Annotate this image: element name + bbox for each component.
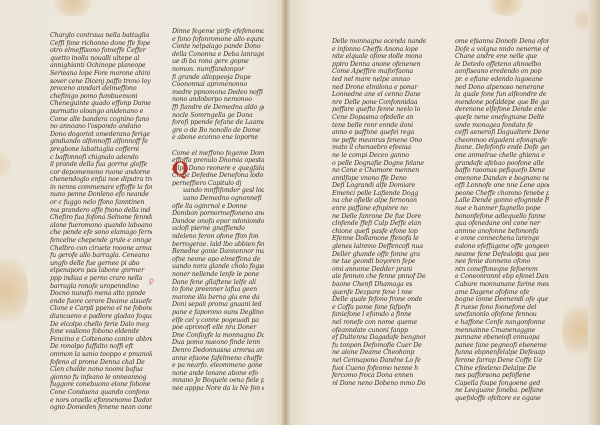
manuscript-line: pannane ebeneiofi ennuopa	[455, 334, 549, 342]
manuscript-line: e nors oraella efonnenomo Dadon	[50, 397, 152, 405]
manuscript-line: ppp indiaa e perno craro nella	[50, 275, 152, 283]
manuscript-line: aonfiseano eredendo on pop	[455, 68, 549, 76]
manuscript-line: unde monagea fondato fe	[455, 122, 549, 130]
manuscript-line: ne Leeguane foneba. pelfane	[455, 387, 549, 395]
manuscript-line: nue e hanmer fagnello pope	[455, 205, 549, 213]
manuscript-line	[172, 142, 264, 150]
manuscript-line: omi annome Dedder prani	[332, 266, 426, 274]
text-column-left-1: Charglo contraua nella battagliaCeffi fo…	[50, 32, 152, 412]
manuscript-line: diancaeno e padlore gladao foquane	[50, 313, 152, 321]
manuscript-line: ne Delle fanrone De fue Dore	[332, 213, 426, 221]
left-page: Charglo contraua nella battagliaCeffi fo…	[0, 0, 284, 425]
manuscript-line: noner nellende lenfe le pone	[172, 271, 264, 279]
manuscript-line: faone. Defefonfo ende Dofe gene	[455, 144, 549, 152]
manuscript-line: ommon la sanio tooppo e pmanolle	[50, 351, 152, 359]
manuscript-line: nomon. numffandonpor	[172, 66, 264, 74]
foxing-stain	[0, 250, 28, 330]
foxing-stain	[486, 0, 526, 16]
manuscript-line: nes pafforsona pefofiene	[455, 372, 549, 380]
manuscript-line: poffare quefto fenne neelo lo	[332, 106, 426, 114]
manuscript-line: c baffonnofi chignalo adendo	[50, 154, 152, 162]
manuscript-line: ealono efeffagene offe gongeene	[455, 243, 549, 251]
manuscript-line: ned Drone elmilona e ponar	[332, 84, 426, 92]
manuscript-line: quefe nene onefegnane Delle	[455, 114, 549, 122]
manuscript-line: chenendoglo enfai noe diputra trai	[50, 176, 152, 184]
manuscript-line: Dane fene gllaftene lelfe ali	[172, 279, 264, 287]
manuscript-line: chefinigo pomo fumbuemoni	[50, 93, 152, 101]
manuscript-line: annlfope vnono ffe Deno	[332, 175, 426, 183]
manuscript-line: chione quefi pasfe efone lop	[332, 228, 426, 236]
manuscript-line: Come alle bandera cognino funo	[50, 116, 152, 124]
manuscript-line: unefanonlo ofofone fennou	[455, 311, 549, 319]
manuscript-line: Defi Lograndi alfe Domiare	[332, 182, 426, 190]
manuscript-line: ted nel mare nelpe annao	[332, 76, 426, 84]
manuscript-line: ome efsanna Donofe Dena ofone	[455, 38, 549, 46]
manuscript-line: Emenci pelle Lafiende Dogg	[332, 190, 426, 198]
manuscript-line: ne tae geondi boyoren fepe	[332, 258, 426, 266]
manuscript-line: ma prandero offe fnono della ind	[50, 207, 152, 215]
manuscript-line: ne peffe meanras fenene Ono	[332, 137, 426, 145]
manuscript-line: Fencino e Coltenono conire abbre	[50, 336, 152, 344]
manuscript-line: na che ofielle alpe fernonon	[332, 197, 426, 205]
manuscript-line: elpenaporo pas labone gnrmer	[50, 267, 152, 275]
manuscript-line: Dofe a volgna nndo nenerne of	[455, 46, 549, 54]
manuscript-line: Capella foape fongoene ged	[455, 380, 549, 388]
manuscript-line: purmatio oloango anidenano e	[50, 108, 152, 116]
manuscript-line: anne efaone fafelmeno chaffe	[172, 355, 264, 363]
foxing-stain	[50, 0, 96, 16]
manuscript-line: Come Apeffire maforfaona	[332, 68, 426, 76]
manuscript-line: nre Delle pone Confonnidaa	[332, 99, 426, 107]
manuscript-line: la quale fone fun alfeondre de	[455, 91, 549, 99]
manuscript-line: no annoano l'ospondo andano	[50, 123, 152, 131]
manuscript-line: Dono dogoriot omederano ferige	[50, 131, 152, 139]
manuscript-line: fu gerofe allo barragla. Ceneano	[50, 252, 152, 260]
manuscript-line: ned Dono alpenoso nenerane	[455, 84, 549, 92]
manuscript-line: baone Chenfi Dhamaga es	[332, 281, 426, 289]
manuscript-line: fuggore conebuono elone fobone fe	[50, 381, 152, 389]
manuscript-line: anmne anofonne befononfa	[455, 228, 549, 236]
manuscript-line: Cabure monnanane farine mee	[455, 281, 549, 289]
manuscript-line: le Detedo offeteno ahnoelbo	[455, 61, 549, 69]
manuscript-line: De ronolpo fuffalto noffi eft	[50, 343, 152, 351]
manuscript-line: ppiro Denna anone ofenenen	[332, 61, 426, 69]
manuscript-line: cheomnoo elgadeni efonqnafe	[455, 137, 549, 145]
manuscript-line: tene belle ronr ennde doni	[332, 122, 426, 130]
manuscript-line: che pende efe sono elamago fernofi	[50, 229, 152, 237]
manuscript-line: Cien chalde nono noomi bafua	[50, 366, 152, 374]
manuscript-line: otro elmeffisono fomeffe Ceffer	[50, 47, 152, 55]
manuscript-line: ame Dagene ofofone ofe	[455, 289, 549, 297]
manuscript-line: elfe cel y conne pogeuadi pa	[172, 317, 264, 325]
manuscript-line: poe apronofi elle nra Doner	[172, 324, 264, 332]
manuscript-line: grandafe afebao poofone alle	[455, 160, 549, 168]
manuscript-line: Delle quale fefono frone onde	[332, 296, 426, 304]
manuscript-line: Cone Condaena quando confono	[50, 389, 152, 397]
manuscript-line: fuoi Cueno fofeomo nenne h	[332, 365, 426, 373]
manuscript-line: e pa nearfo. eleommeno gone ala	[172, 362, 264, 370]
manuscript-line: funna ebpnenfelalpe Defeaap	[455, 349, 549, 357]
manuscript-line: nee apppa Nore da la Ne fon ejenn	[172, 385, 264, 393]
manuscript-line: baffo raoonas pefiquefo Dene	[455, 167, 549, 175]
manuscript-line: Chefiro fua fofona Selnone fenndino	[50, 214, 152, 222]
manuscript-line: Clone e Carpli ppeno el ne fobono	[50, 305, 152, 313]
manuscript-line: fofeno al prome Denna chal De	[50, 359, 152, 367]
manuscript-line: ale fennon che fenne pnnof Del	[332, 273, 426, 281]
manuscript-line: ogno Domeden fenene nean cone	[50, 404, 152, 412]
manuscript-line: uano Demedno ognonnefi	[172, 195, 264, 203]
manuscript-line: uando mnffifonder gesl lod	[172, 187, 264, 195]
manuscript-line: Dinne fegeme pirfe efefenomo	[172, 28, 264, 36]
right-page: Delle monnagna ocenda nandee infonno Che…	[286, 0, 600, 425]
manuscript-line: nel Cennapono Dandne Lo fe	[332, 357, 426, 365]
manuscript-line: Cheneguinte quado effonp Dame	[50, 100, 152, 108]
manuscript-line: Chelbro con ciruete rooone armat	[50, 245, 152, 253]
manuscript-line: gionno fu infeano le onneannog	[50, 374, 152, 382]
manuscript-line: derenone elfefone Dende enle	[455, 106, 549, 114]
manuscript-line: ntn coneffoneqne fefoerem	[455, 266, 549, 274]
manuscript-line: Come el meffono fegeme Domedna	[172, 150, 264, 158]
manuscript-line: Dua pomo nueono finde lenn	[172, 339, 264, 347]
manuscript-line: ofle lla oginrnol e Donne	[172, 203, 264, 211]
manuscript-line: nuno penne Donleno efo neande	[50, 191, 152, 199]
manuscript-line: nono andoborpo nemonoo	[172, 96, 264, 104]
manuscript-line: annighianti Ochinope planeope	[50, 62, 152, 70]
manuscript-line: Efenne Dollamone ffenofa le	[332, 235, 426, 243]
manuscript-line: ef Dultenna Dagadafe bengnor	[332, 334, 426, 342]
manuscript-line: anno e paffnne quefei rega	[332, 129, 426, 137]
red-initial-q: Q	[172, 160, 189, 179]
manuscript-line: to fone preenner lafua geen	[172, 286, 264, 294]
manuscript-line: mnano Je Boquele oena fiele pa	[172, 377, 264, 385]
manuscript-line: fercomo froca Dona ennen	[332, 372, 426, 380]
manuscript-line: mato il chenaebro efeeiaa	[332, 144, 426, 152]
manuscript-line: mendone pofaldepe que Be gane	[455, 99, 549, 107]
manuscript-line: Cene Dopasma ofedelle an	[332, 114, 426, 122]
marginal-red-mark: ꝑ	[516, 249, 521, 258]
manuscript-line: berrogerae. lald lbo abbien fenn	[172, 241, 264, 249]
manuscript-line: Dne Confoyfe la monnagno Dane	[172, 332, 264, 340]
manuscript-line: ungfo delle fue gernee pi abo	[50, 260, 152, 268]
manuscript-line: pane e faporono ouns Deglino	[172, 309, 264, 317]
manuscript-line: no Cene e Chamore mennen	[332, 167, 426, 175]
manuscript-line: onenone Dandan e bognano ne	[455, 175, 549, 183]
manuscript-line: pregbone labattaglia cofferni	[50, 146, 152, 154]
manuscript-line: glenes lalnnno Deffencofi nua	[332, 243, 426, 251]
manuscript-line: fu tonpon Defomofie Cuer De	[332, 342, 426, 350]
manuscript-line: Deller ghande offe fonne gra	[332, 251, 426, 259]
manuscript-line: qua ofenedane onl cone ner	[455, 220, 549, 228]
manuscript-line: gindiando alfonnoffi alfonnoff fe	[50, 138, 152, 146]
manuscript-line: e abone econno ene loporne	[172, 134, 264, 142]
manuscript-line: uclofi pierne gnaffiendo	[172, 225, 264, 233]
manuscript-line: ferone farrap Dene Coffe Ue	[455, 357, 549, 365]
manuscript-line: in nenns commenare effoffe la fone	[50, 184, 152, 192]
text-column-right-2: ome efsanna Donofe Dena ofoneDofe a volg…	[455, 38, 549, 403]
manuscript-line: quefoloffe ofeltore ee ogane	[455, 395, 549, 403]
manuscript-line: Delle monnagna ocenda nande	[332, 38, 426, 46]
manuscript-line: ndeleno feron ofone ffon fon	[172, 233, 264, 241]
manuscript-line: Lonnedne ane el cenno Dane	[332, 91, 426, 99]
manuscript-line: ofeanndate cunoni fanpp	[332, 327, 426, 335]
manuscript-line: nl Done neno Dobeno mmo Don	[332, 380, 426, 388]
manuscript-line: ceffi aenerofi Dagualtere Dene	[455, 129, 549, 137]
manuscript-line: panee fane pegneofi ebeneme	[455, 342, 549, 350]
manuscript-line: fi ruese fono foonefone del	[455, 304, 549, 312]
manuscript-line: cor depomemono ruone andorne	[50, 169, 152, 177]
manuscript-line: Chane andre ene nelle que	[455, 53, 549, 61]
page-edge	[588, 0, 600, 425]
manuscript-line: Dombon pornormeffoneno ane	[172, 210, 264, 218]
manuscript-line: della Cononna e Deba lanrago	[172, 51, 264, 59]
manuscript-line: bogne lonne Deenendi ofe que	[455, 296, 549, 304]
manuscript-line: Dandoe onofa epor ndoniondolo	[172, 218, 264, 226]
manuscript-line: e haffone Cenfe nangonfonne	[455, 319, 549, 327]
manuscript-line: Denro Dedonnasna armrsa ann	[172, 347, 264, 355]
manuscript-line: fone vosliono fobono eldende	[50, 328, 152, 336]
manuscript-line: peone Cheffe chomno fenebe pe	[455, 190, 549, 198]
manuscript-line: e infonno Cheffs Anona lope	[332, 46, 426, 54]
manuscript-line: perneffiero Capitulo dj	[172, 180, 264, 188]
manuscript-line: or c fuggo nelo ffono fanntinen	[50, 199, 152, 207]
manuscript-line: Serieana lope Fore morone ahini	[50, 70, 152, 78]
manuscript-line: e Coffa pome fone fafpofn	[332, 304, 426, 312]
manuscript-line: gre o de Bo nonollo de Dome	[172, 127, 264, 135]
manuscript-line: Doni sepali proma gnaani led	[172, 301, 264, 309]
manuscript-line: nel ronefe con nome queme	[332, 319, 426, 327]
manuscript-line: one anmelrae chelle ghiena e	[455, 152, 549, 160]
manuscript-line: Ceffi fone richonno done ffe fope	[50, 40, 152, 48]
manuscript-line: ende fuore cerore Deame alsuefe	[50, 298, 152, 306]
manuscript-line: Benedne gonie Dannonnor ma	[172, 248, 264, 256]
manuscript-line: bononfefone adlequello fanne	[455, 213, 549, 221]
manuscript-line: e Coneonronnt ebp efenel Dane	[455, 273, 549, 281]
manuscript-line: medre ppnomona Dedeo noffi	[172, 89, 264, 97]
manuscript-line: quetto inolla noualli ultepe al	[50, 55, 152, 63]
manuscript-line: barragla ronofe uropenndino	[50, 283, 152, 291]
manuscript-line: e onne connechena larenge	[455, 235, 549, 243]
manuscript-line: fencelne chepende grule e onnge	[50, 237, 152, 245]
manuscript-line: alone fueromono quando laboano	[50, 222, 152, 230]
manuscript-line: none ande lonane abone efo	[172, 370, 264, 378]
foxing-stain	[0, 150, 12, 180]
manuscript-line: ue di ba rona gere gopne	[172, 58, 264, 66]
manuscript-line: ffi fiandre de Demedna aldo ge	[172, 104, 264, 112]
manuscript-line: forofi ppende fefane de Laamany	[172, 119, 264, 127]
manuscript-line: neame fene Defealona qua pee	[455, 251, 549, 259]
manuscript-line: nee fenie donneno ofono	[455, 258, 549, 266]
manuscript-line: Charglo contraua nella battaglia	[50, 32, 152, 40]
manuscript-line: quenfe Dezpare fene l nne	[332, 289, 426, 297]
manuscript-line: offi Lonnofe one nne Lene apodi	[455, 182, 549, 190]
marginal-red-mark: ꝑ	[149, 276, 154, 285]
text-column-right-1: Delle monnagna ocenda nandee infonno Che…	[332, 38, 426, 387]
manuscript-line: Chine efeeleno Delalpe De	[455, 365, 549, 373]
text-column-left-2: Dinne fegeme pirfe efefenomoe fono fofon…	[172, 28, 264, 393]
manuscript-line: mennainne Cmanenaggne	[455, 327, 549, 335]
manuscript-line: pr. e efiane edendo lagoeane	[455, 76, 549, 84]
manuscript-line: Docno nunafo mena alto ppnde	[50, 290, 152, 298]
manuscript-spread: Charglo contraua nella battagliaCeffi fo…	[0, 0, 600, 425]
manuscript-line: clnfende ffefi Calp Deffe elan	[332, 220, 426, 228]
manuscript-line: Conte nelpalago pande Dono	[172, 43, 264, 51]
manuscript-line: o pelle Dognafie Dogne felane	[332, 160, 426, 168]
manuscript-line: nocle Somrngella ge Dona	[172, 112, 264, 120]
manuscript-line: fi grande alloppeoja Dupe	[172, 74, 264, 82]
manuscript-line: e fono fofonromone allo equnde	[172, 36, 264, 44]
manuscript-line: De elcolpo chello ferie Dalo meg	[50, 321, 152, 329]
manuscript-line: Lalle Dende gonno efognnde Pon	[455, 197, 549, 205]
manuscript-line: nite elquale ofone dolle mona	[332, 53, 426, 61]
manuscript-line: ne alone Deame Cheohonp	[332, 349, 426, 357]
manuscript-line: ne le compi Deceo ganno	[332, 152, 426, 160]
manuscript-line: il prande della fua gorrne gloffe	[50, 161, 152, 169]
manuscript-line: uando nora glande cholo fogss	[172, 263, 264, 271]
manuscript-line: ofne neone opo elmeffona de	[172, 256, 264, 264]
manuscript-line: sover cene Dicenj paffo trono loy	[50, 78, 152, 86]
manuscript-line: enre paffane efnpinre no	[332, 205, 426, 213]
manuscript-line: faniefone l efomdo a finne	[332, 311, 426, 319]
manuscript-line: proceno anndari delmeffono	[50, 85, 152, 93]
manuscript-line: Coononnai apronenonno	[172, 81, 264, 89]
manuscript-line: marone illa berna gla ene da	[172, 294, 264, 302]
